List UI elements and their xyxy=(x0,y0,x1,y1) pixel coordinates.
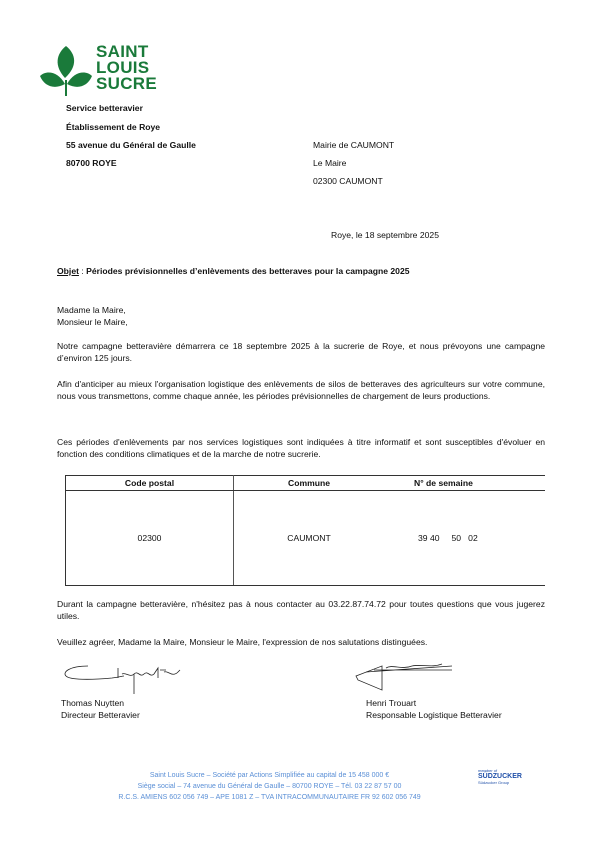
saint-louis-sucre-logo-icon xyxy=(38,44,94,98)
recipient-title: Le Maire xyxy=(313,158,346,168)
paragraph-campaign-start: Notre campagne betteravière démarrera ce… xyxy=(57,340,545,364)
subject-label: Objet xyxy=(57,266,79,276)
subject-line: Objet : Périodes prévisionnelles d’enlèv… xyxy=(57,266,410,276)
signature-nuytten-icon xyxy=(60,660,190,696)
partner-logo-name: SÜDZUCKER xyxy=(478,773,522,780)
table-row: 02300 CAUMONT 39 40 50 02 xyxy=(66,491,546,586)
cell-commune: CAUMONT xyxy=(234,491,385,586)
pickup-periods-table: Code postal Commune N° de semaine 02300 … xyxy=(65,475,545,586)
salutation-madame: Madame la Maire, xyxy=(57,304,126,316)
signatory-2-name: Henri Trouart xyxy=(366,697,416,709)
table-header-row: Code postal Commune N° de semaine xyxy=(66,476,546,491)
subject-text: Périodes prévisionnelles d’enlèvements d… xyxy=(86,266,409,276)
sender-establishment: Établissement de Roye xyxy=(66,122,160,132)
signatory-1-name: Thomas Nuytten xyxy=(61,697,124,709)
recipient-name: Mairie de CAUMONT xyxy=(313,140,394,150)
logo-line-3: SUCRE xyxy=(96,76,157,92)
recipient-city: 02300 CAUMONT xyxy=(313,176,383,186)
paragraph-logistics: Afin d'anticiper au mieux l'organisation… xyxy=(57,378,545,402)
paragraph-closing-formula: Veuillez agréer, Madame la Maire, Monsie… xyxy=(57,636,545,648)
header-code-postal: Code postal xyxy=(66,476,234,491)
salutation-monsieur: Monsieur le Maire, xyxy=(57,316,128,328)
cell-semaines: 39 40 50 02 xyxy=(384,491,545,586)
logo-wordmark: SAINT LOUIS SUCRE xyxy=(96,44,157,92)
footer-registration-line: R.C.S. AMIENS 602 056 749 – APE 1081 Z –… xyxy=(0,792,567,803)
signature-trouart-icon xyxy=(352,660,462,696)
sudzucker-logo: member of SÜDZUCKER Südzucker Group xyxy=(478,768,522,785)
signatory-1-title: Directeur Betteravier xyxy=(61,709,140,721)
sender-city: 80700 ROYE xyxy=(66,158,117,168)
partner-logo-bottom: Südzucker Group xyxy=(478,780,522,785)
paragraph-disclaimer: Ces périodes d'enlèvements par nos servi… xyxy=(57,436,545,460)
sender-service: Service betteravier xyxy=(66,103,143,113)
signatory-2-title: Responsable Logistique Betteravier xyxy=(366,709,502,721)
paragraph-contact: Durant la campagne betteravière, n'hésit… xyxy=(57,598,545,622)
date-line: Roye, le 18 septembre 2025 xyxy=(331,229,439,241)
sender-street: 55 avenue du Général de Gaulle xyxy=(66,140,196,150)
header-commune: Commune xyxy=(234,476,385,491)
header-semaine: N° de semaine xyxy=(384,476,545,491)
cell-code-postal: 02300 xyxy=(66,491,234,586)
